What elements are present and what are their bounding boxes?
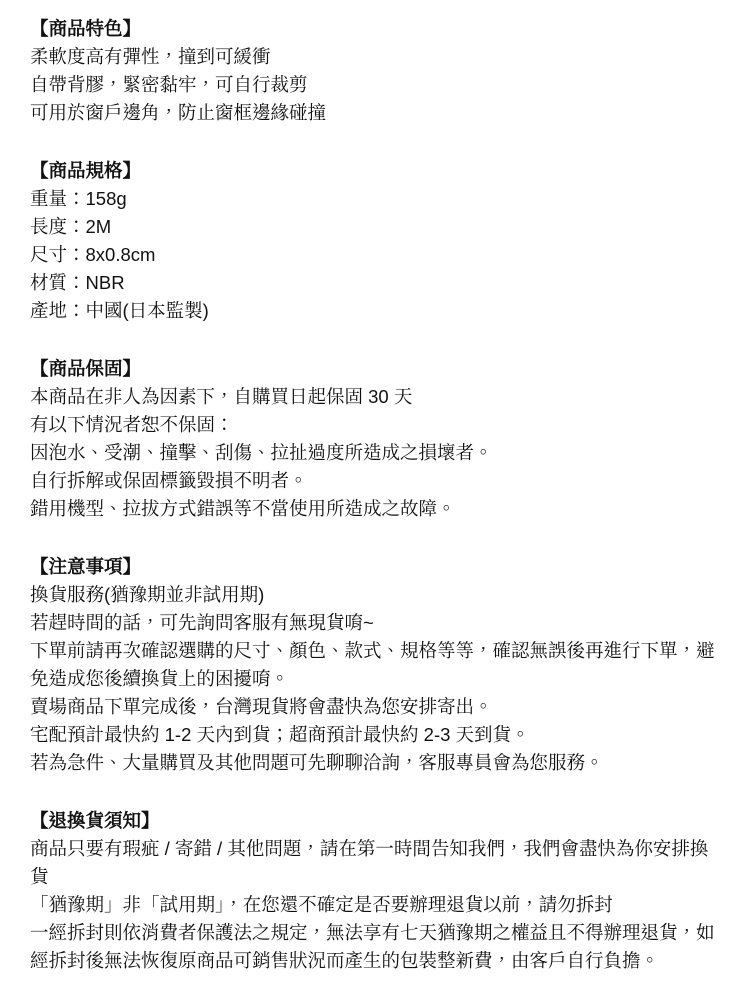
section-heading: 【商品規格】	[30, 157, 720, 185]
text-line: 下單前請再次確認選購的尺寸、顏色、款式、規格等等，確認無誤後再進行下單，避免造成…	[30, 637, 720, 693]
text-line: 柔軟度高有彈性，撞到可緩衝	[30, 43, 720, 71]
text-line: 賣場商品下單完成後，台灣現貨將會盡快為您安排寄出。	[30, 693, 720, 721]
section-product-specs: 【商品規格】 重量：158g 長度：2M 尺寸：8x0.8cm 材質：NBR 產…	[30, 157, 720, 325]
spec-size: 尺寸：8x0.8cm	[30, 241, 720, 269]
text-line: 若趕時間的話，可先詢問客服有無現貨唷~	[30, 609, 720, 637]
text-line: 若為急件、大量購買及其他問題可先聊聊洽詢，客服專員會為您服務。	[30, 749, 720, 777]
section-product-warranty: 【商品保固】 本商品在非人為因素下，自購買日起保固 30 天 有以下情況者恕不保…	[30, 355, 720, 523]
text-line: 一經拆封則依消費者保護法之規定，無法享有七天猶豫期之權益且不得辦理退貨，如經拆封…	[30, 919, 720, 975]
section-heading: 【商品保固】	[30, 355, 720, 383]
section-return-policy: 【退換貨須知】 商品只要有瑕疵 / 寄錯 / 其他問題，請在第一時間告知我們，我…	[30, 807, 720, 975]
text-line: 有以下情況者恕不保固：	[30, 411, 720, 439]
text-line: 「猶豫期」非「試用期」，在您還不確定是否要辦理退貨以前，請勿拆封	[30, 891, 720, 919]
text-line: 本商品在非人為因素下，自購買日起保固 30 天	[30, 383, 720, 411]
text-line: 自帶背膠，緊密黏牢，可自行裁剪	[30, 71, 720, 99]
spec-weight: 重量：158g	[30, 185, 720, 213]
spec-length: 長度：2M	[30, 213, 720, 241]
section-heading: 【退換貨須知】	[30, 807, 720, 835]
text-line: 因泡水、受潮、撞擊、刮傷、拉扯過度所造成之損壞者。	[30, 439, 720, 467]
text-line: 錯用機型、拉拔方式錯誤等不當使用所造成之故障。	[30, 495, 720, 523]
section-heading: 【注意事項】	[30, 553, 720, 581]
product-description-document: 【商品特色】 柔軟度高有彈性，撞到可緩衝 自帶背膠，緊密黏牢，可自行裁剪 可用於…	[0, 0, 750, 985]
text-line: 自行拆解或保固標籤毀損不明者。	[30, 467, 720, 495]
section-heading: 【商品特色】	[30, 15, 720, 43]
text-line: 可用於窗戶邊角，防止窗框邊緣碰撞	[30, 99, 720, 127]
section-product-features: 【商品特色】 柔軟度高有彈性，撞到可緩衝 自帶背膠，緊密黏牢，可自行裁剪 可用於…	[30, 15, 720, 127]
spec-material: 材質：NBR	[30, 269, 720, 297]
text-line: 商品只要有瑕疵 / 寄錯 / 其他問題，請在第一時間告知我們，我們會盡快為你安排…	[30, 835, 720, 891]
spec-origin: 產地：中國(日本監製)	[30, 297, 720, 325]
text-line: 換貨服務(猶豫期並非試用期)	[30, 581, 720, 609]
section-notes: 【注意事項】 換貨服務(猶豫期並非試用期) 若趕時間的話，可先詢問客服有無現貨唷…	[30, 553, 720, 777]
text-line: 宅配預計最快約 1-2 天內到貨；超商預計最快約 2-3 天到貨。	[30, 721, 720, 749]
